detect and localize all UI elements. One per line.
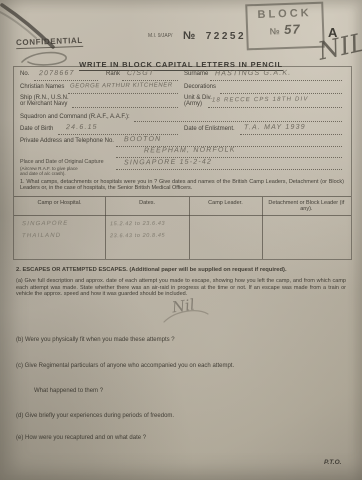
capture-label-1: Place and Date of Original Capture: [20, 160, 104, 165]
question-2e-text: (e) How were you recaptured and on what …: [16, 435, 146, 442]
field-line: [134, 120, 342, 122]
header-camp-or-hospital: Camp or Hospital.: [14, 197, 105, 206]
date-of-birth-label: Date of Birth: [20, 126, 53, 133]
col-dates: Dates.: [105, 197, 190, 259]
squadron-label: Squadron and Command (R.A.F., A.A.F.):: [20, 114, 130, 121]
capture-value: SINGAPORE 15-2-42: [124, 159, 212, 167]
rank-value: C/SGT: [127, 70, 154, 77]
col-block-leader: Detachment or Block Leader (if any).: [262, 197, 351, 259]
personal-details-box: No. 2078667 Rank C/SGT Surname HASTINGS …: [13, 66, 352, 260]
field-line: [68, 92, 178, 94]
field-line: [220, 92, 342, 94]
col-camp-leader: Camp Leader.: [189, 197, 262, 259]
decorations-label: Decorations: [184, 84, 216, 91]
col-camp: Camp or Hospital.: [14, 197, 106, 259]
no-label: No.: [20, 71, 29, 78]
question-2a-text: (a) Give full description and approx. da…: [16, 278, 346, 298]
date-of-birth-value: 24.6.15: [66, 124, 98, 131]
header-block-leader: Detachment or Block Leader (if any).: [262, 197, 351, 212]
nil-answer: Nil: [171, 296, 196, 317]
field-line: [116, 156, 342, 158]
date-of-enlistment-value: T.A. MAY 1939: [244, 124, 306, 132]
serial-number-stamp: № 72252: [183, 26, 246, 44]
camps-table: Camp or Hospital. Dates. Camp Leader. De…: [14, 196, 351, 259]
header-dates: Dates.: [105, 197, 189, 206]
field-line: [72, 106, 178, 108]
address-value-2: REEPHAM, NORFOLK: [144, 147, 236, 155]
address-label: Private Address and Telephone No.: [20, 138, 114, 145]
unit-label-2: (Army): [184, 101, 202, 108]
surname-value: HASTINGS G.A.K.: [215, 70, 291, 78]
section-2-heading: 2. ESCAPES OR ATTEMPTED ESCAPES. (Additi…: [16, 267, 348, 274]
question-2b-text: (b) Were you physically fit when you mad…: [16, 337, 175, 344]
field-line: [240, 133, 342, 135]
table-header-rule: [14, 215, 351, 216]
serial-no-label: №: [183, 30, 195, 42]
block-stamp-word: BLOCK: [247, 7, 321, 22]
header-camp-leader: Camp Leader.: [189, 197, 261, 206]
surname-label: Surname: [184, 71, 208, 78]
table-row-camp: THAILAND: [22, 233, 61, 239]
table-row-dates: 15.2.42 to 23.6.43: [110, 221, 165, 228]
no-value: 2078667: [39, 70, 75, 77]
pto-label: P.T.O.: [324, 459, 341, 466]
field-line: [210, 79, 342, 81]
block-stamp-no-label: №: [270, 26, 280, 36]
christian-names-value: GEORGE ARTHUR KITCHENER: [70, 82, 173, 89]
christian-names-label: Christian Names: [20, 84, 64, 91]
table-row-dates: 23.6.43 to 20.8.45: [110, 233, 165, 240]
rank-label: Rank: [106, 71, 120, 78]
ref-code: M.I. 9/JAP/: [148, 33, 172, 39]
serial-no-value: 72252: [206, 31, 246, 42]
scanned-pow-questionnaire-page: { "header": { "confidential": "CONFIDENT…: [0, 0, 362, 480]
address-value-1: BOOTON: [124, 136, 161, 143]
field-line: [34, 79, 98, 81]
field-line: [116, 168, 342, 170]
question-2d-text: (d) Give briefly your experiences during…: [16, 413, 174, 420]
question-1-text: 1. What camps, detachments or hospitals …: [20, 179, 344, 192]
capture-label-3: and date of a/c crash).: [20, 171, 66, 176]
question-2c-followup-text: What happened to them ?: [34, 388, 103, 395]
block-number-stamp: BLOCK № 57: [245, 2, 325, 51]
question-2c-text: (c) Give Regimental particulars of anyon…: [16, 363, 234, 370]
date-of-enlistment-label: Date of Enlistment.: [184, 126, 235, 133]
field-line: [208, 106, 342, 108]
field-line: [122, 79, 178, 81]
block-stamp-no-value: 57: [284, 21, 301, 37]
unit-value: 18 RECCE CPS 18TH DIV: [212, 96, 309, 103]
field-line: [58, 133, 178, 135]
table-row-camp: SINGAPORE: [22, 221, 69, 227]
ship-label-2: or Merchant Navy: [20, 101, 67, 108]
